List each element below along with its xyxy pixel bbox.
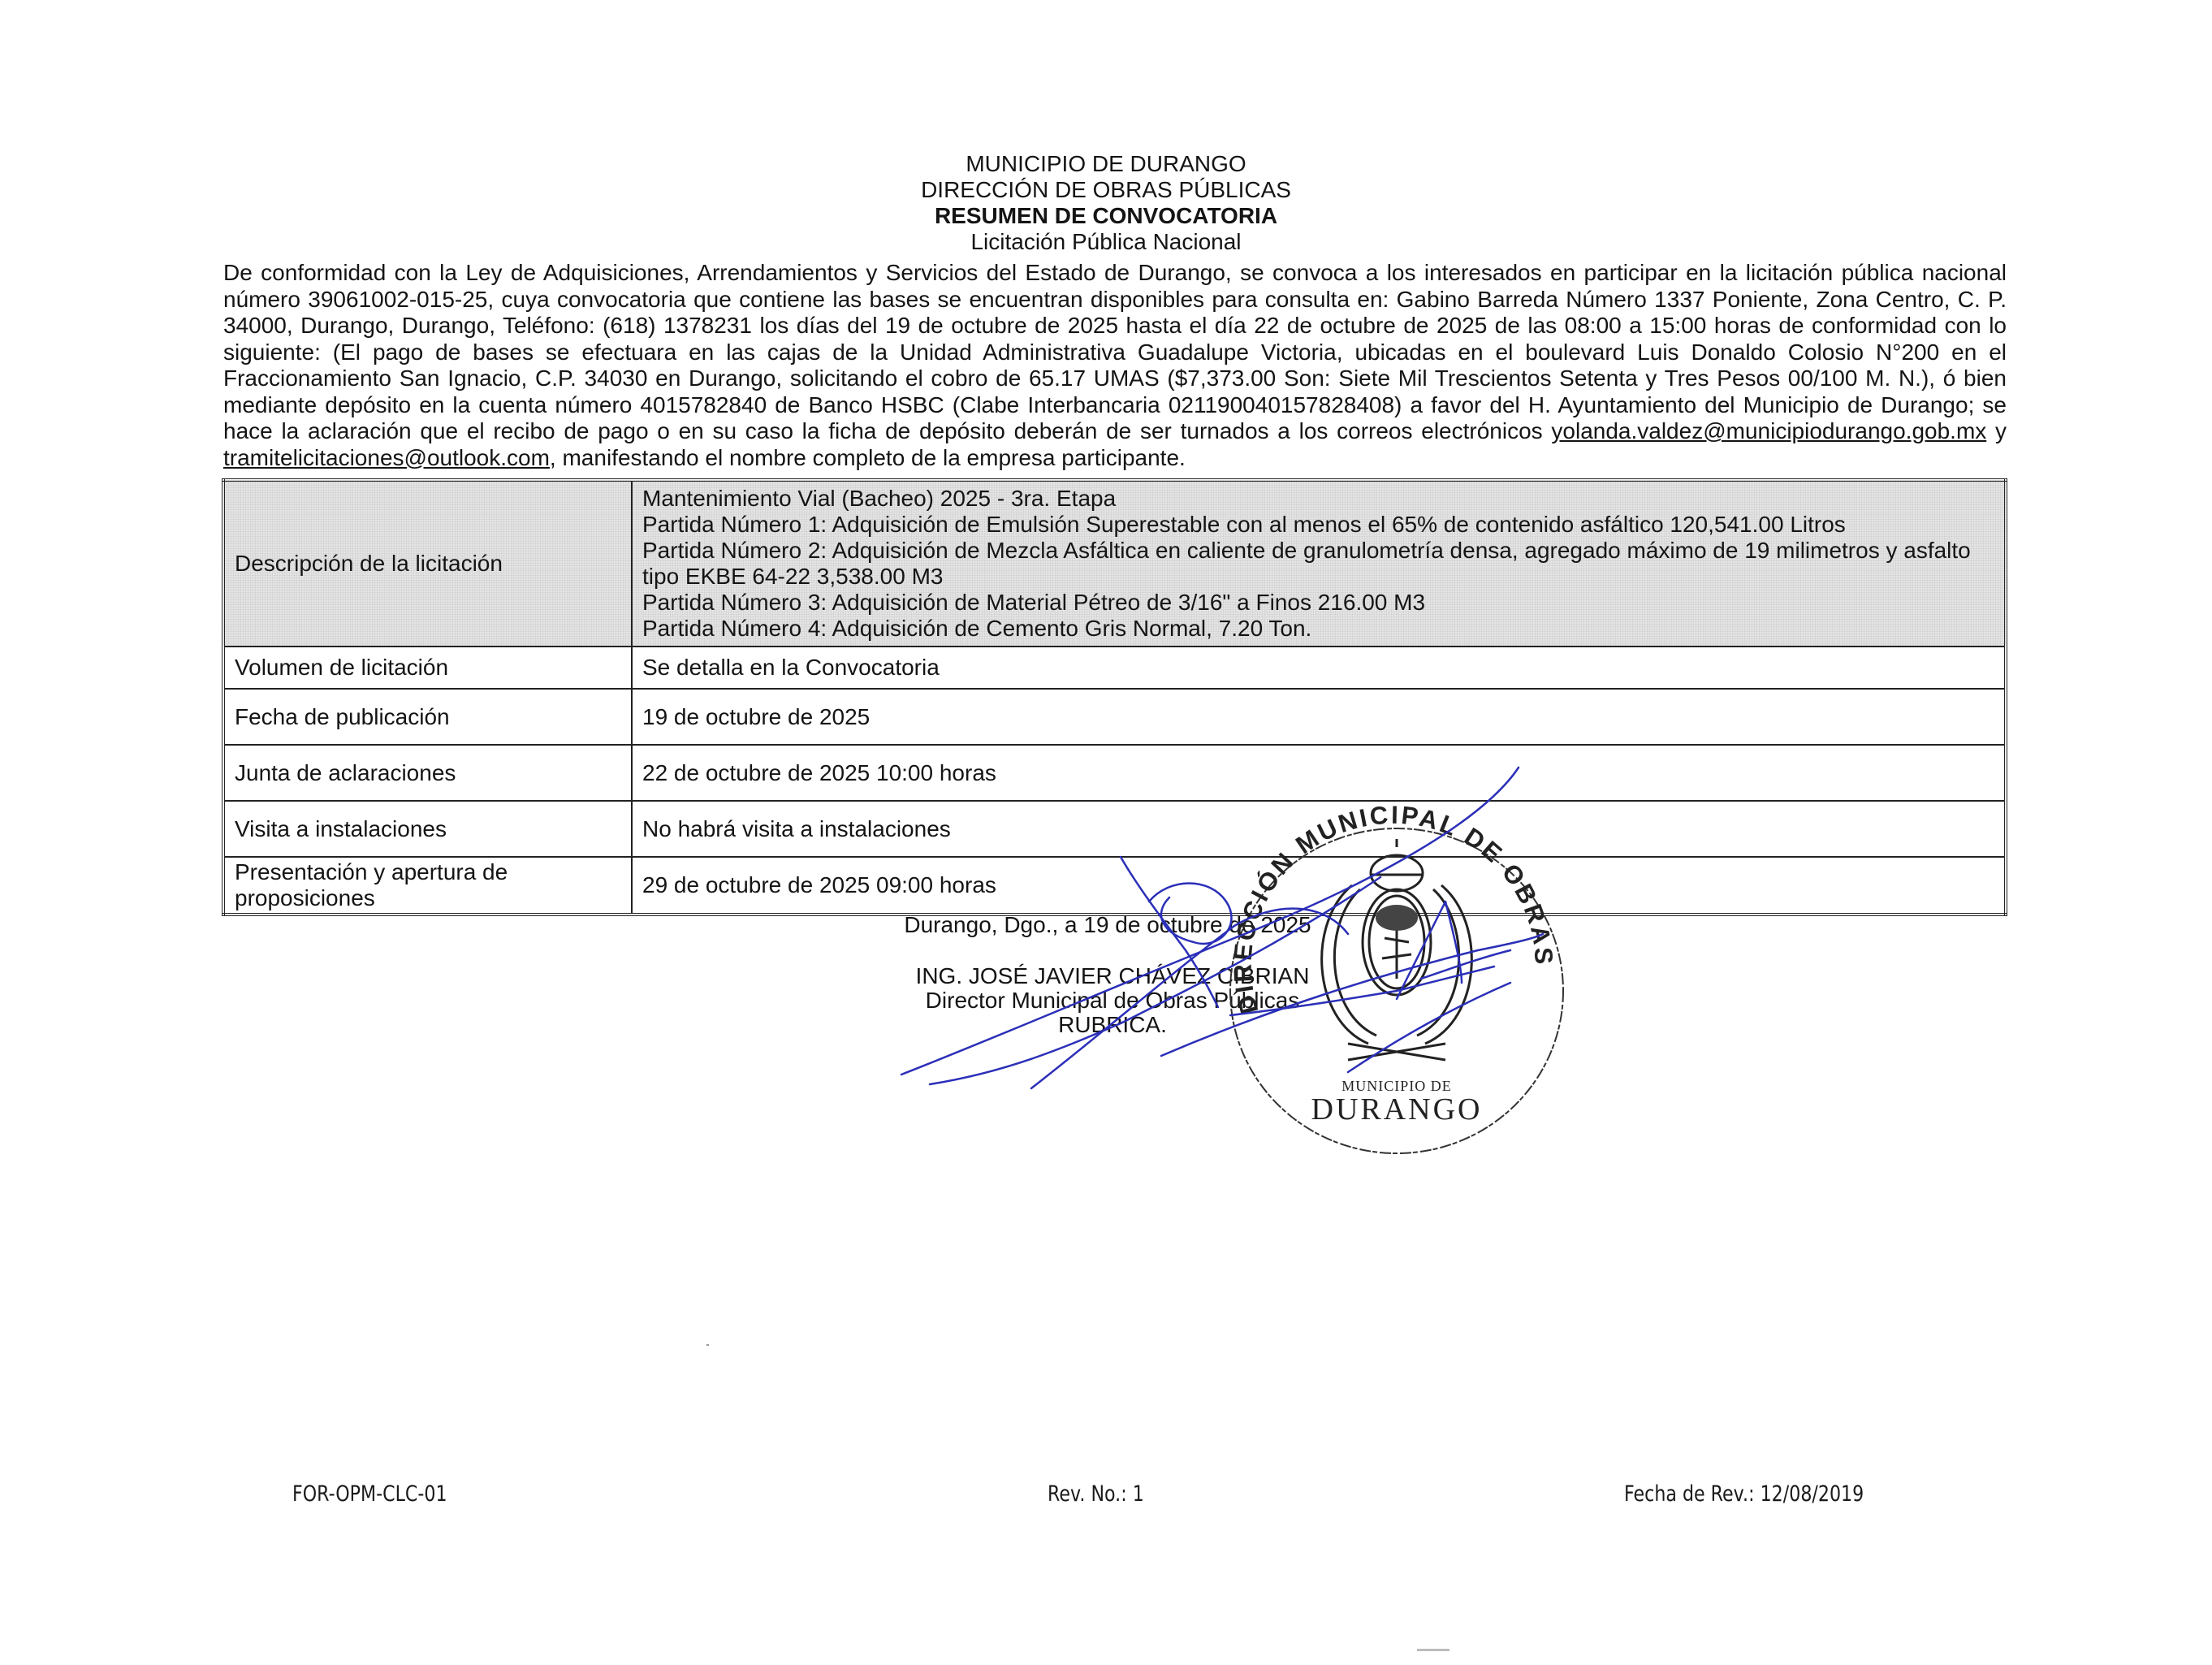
department-name: DIRECCIÓN DE OBRAS PÚBLICAS	[0, 177, 2212, 203]
row-label: Descripción de la licitación	[223, 480, 632, 647]
row-label: Volumen de licitación	[223, 647, 632, 689]
row-label: Fecha de publicación	[223, 689, 632, 745]
seal-ring-text: DIRECCIÓN MUNICIPAL DE OBRAS PÚBLICAS	[1202, 800, 1558, 1017]
table-row: Junta de aclaraciones 22 de octubre de 2…	[223, 745, 2006, 801]
municipality-name: MUNICIPIO DE DURANGO	[0, 151, 2212, 177]
table-row: Volumen de licitación Se detalla en la C…	[223, 647, 2006, 689]
row-value: 22 de octubre de 2025 10:00 horas	[632, 745, 2006, 801]
scan-speck	[706, 1344, 709, 1346]
table-row: Presentación y apertura de proposiciones…	[223, 857, 2006, 915]
form-code: FOR-OPM-CLC-01	[292, 1481, 447, 1507]
email-link-2[interactable]: tramitelicitaciones@outlook.com	[223, 445, 550, 470]
intro-connector: y	[1986, 418, 2007, 443]
description-item-1: Partida Número 1: Adquisición de Emulsió…	[642, 512, 1994, 538]
email-link-1[interactable]: yolanda.valdez@municipiodurango.gob.mx	[1551, 418, 1986, 443]
row-value: Se detalla en la Convocatoria	[632, 647, 2006, 689]
scan-edge-mark	[1417, 1649, 1449, 1651]
table-row: Visita a instalaciones No habrá visita a…	[223, 801, 2006, 857]
table-row: Descripción de la licitación Mantenimien…	[223, 480, 2006, 647]
revision-number: Rev. No.: 1	[1048, 1481, 1144, 1507]
place-date: Durango, Dgo., a 19 de octubre de 2025	[0, 912, 2212, 938]
document-title: RESUMEN DE CONVOCATORIA	[0, 203, 2212, 229]
official-seal-icon: DIRECCIÓN MUNICIPAL DE OBRAS PÚBLICAS MU…	[1202, 800, 1592, 1174]
row-value-description: Mantenimiento Vial (Bacheo) 2025 - 3ra. …	[632, 480, 2006, 647]
svg-text:DIRECCIÓN MUNICIPAL DE OBRAS P: DIRECCIÓN MUNICIPAL DE OBRAS PÚBLICAS	[1202, 800, 1558, 1017]
intro-paragraph: De conformidad con la Ley de Adquisicion…	[223, 260, 2007, 471]
document-subtitle: Licitación Pública Nacional	[0, 229, 2212, 255]
intro-closing: , manifestando el nombre completo de la …	[550, 445, 1186, 470]
row-label: Visita a instalaciones	[223, 801, 632, 857]
revision-date: Fecha de Rev.: 12/08/2019	[1624, 1481, 1864, 1507]
description-title: Mantenimiento Vial (Bacheo) 2025 - 3ra. …	[642, 486, 1994, 512]
description-item-4: Partida Número 4: Adquisición de Cemento…	[642, 616, 1994, 642]
description-item-3: Partida Número 3: Adquisición de Materia…	[642, 590, 1994, 616]
summary-table: Descripción de la licitación Mantenimien…	[222, 478, 2007, 916]
seal-municipio-text: MUNICIPIO DE	[1341, 1078, 1452, 1094]
seal-durango-text: DURANGO	[1311, 1092, 1483, 1127]
row-label: Junta de aclaraciones	[223, 745, 632, 801]
intro-text: De conformidad con la Ley de Adquisicion…	[223, 260, 2007, 443]
row-value: 19 de octubre de 2025	[632, 689, 2006, 745]
document-header: MUNICIPIO DE DURANGO DIRECCIÓN DE OBRAS …	[0, 151, 2212, 255]
description-item-2: Partida Número 2: Adquisición de Mezcla …	[642, 538, 1994, 590]
row-label: Presentación y apertura de proposiciones	[223, 857, 632, 915]
table-row: Fecha de publicación 19 de octubre de 20…	[223, 689, 2006, 745]
